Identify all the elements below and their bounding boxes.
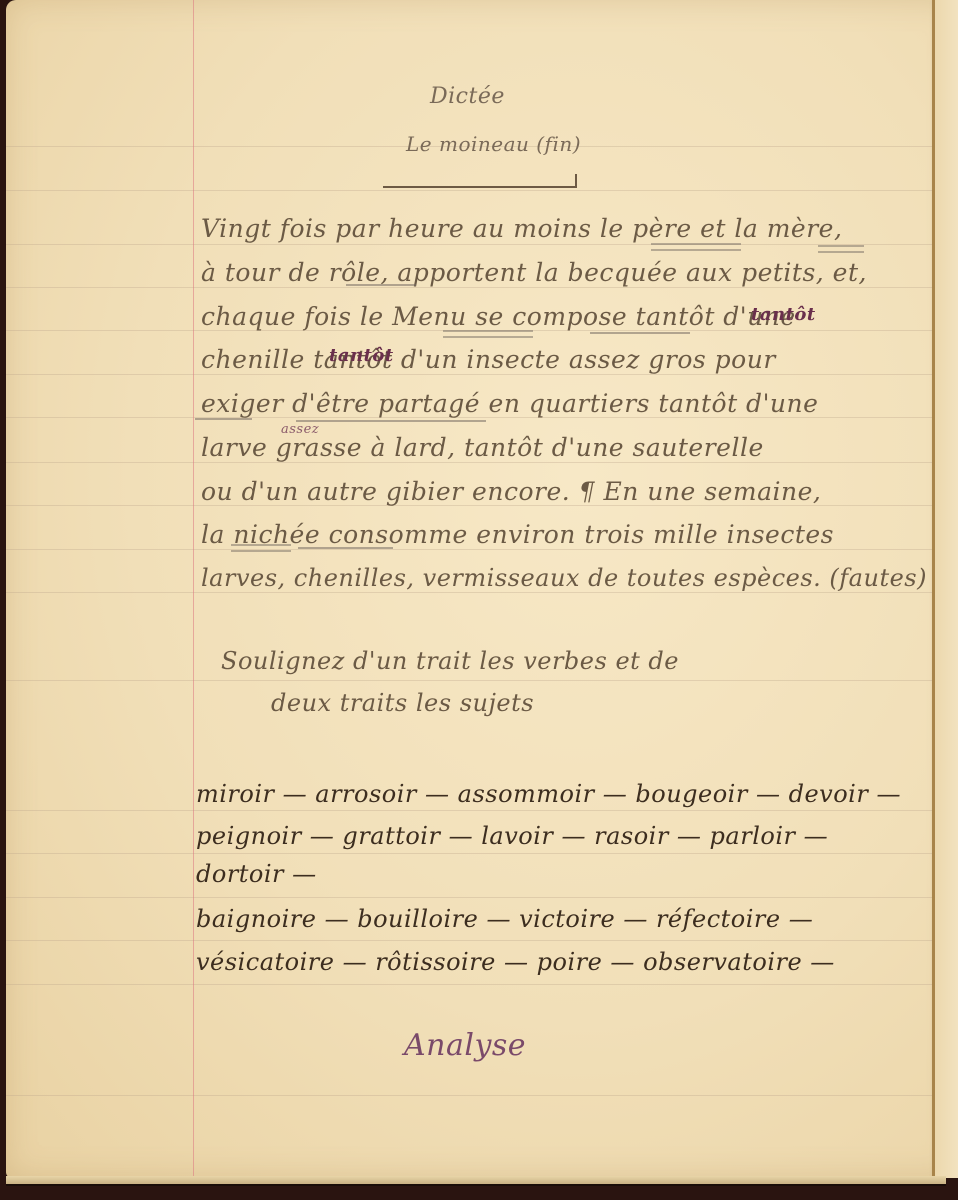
ruled-line [6, 810, 958, 811]
ruled-line [6, 462, 958, 463]
paragraph-line-3: chaque fois le Menu se compose tantôt d'… [201, 302, 796, 331]
paragraph-line-6: larve grasse à lard, tantôt d'une sauter… [201, 433, 764, 462]
double-underline-la-mere [818, 245, 864, 253]
facing-page-edge [935, 0, 958, 1178]
ruled-line [6, 244, 958, 245]
paragraph-line-9: larves, chenilles, vermisseaux de toutes… [201, 564, 927, 592]
paragraph-line-8: la nichée consomme environ trois mille i… [201, 520, 834, 549]
notebook-page: Dictée Le moineau (fin) Vingt fois par h… [6, 0, 958, 1178]
instruction-line-2: deux traits les sujets [271, 689, 534, 717]
correction-assez-superscript: assez [281, 422, 319, 437]
ruled-line [6, 940, 958, 941]
page-stack-edge [6, 1176, 946, 1186]
ruled-line [6, 190, 958, 191]
word-list-line-3: dortoir — [196, 860, 317, 888]
paragraph-line-4: chenille tantôt d'un insecte assez gros … [201, 345, 776, 374]
title-underline [383, 186, 577, 188]
ruled-line [6, 680, 958, 681]
underline-compose [590, 332, 690, 334]
analyse-heading: Analyse [404, 1028, 526, 1063]
word-list-line-2: peignoir — grattoir — lavoir — rasoir — … [196, 822, 828, 850]
underline-etre-partage [296, 420, 486, 422]
double-underline-le-pere [651, 243, 741, 251]
title-underline-tick [575, 174, 577, 188]
word-list-line-5: vésicatoire — rôtissoire — poire — obser… [196, 948, 835, 976]
underline-apportent [346, 284, 416, 286]
ruled-line [6, 1095, 958, 1096]
instruction-line-1: Soulignez d'un trait les verbes et de [221, 647, 679, 675]
underline-consomme [298, 547, 393, 549]
ruled-line [6, 287, 958, 288]
correction-tantot-1: tantôt [751, 304, 816, 325]
ruled-line [6, 853, 958, 854]
page-title: Dictée [430, 84, 505, 109]
word-list-line-4: baignoire — bouilloire — victoire — réfe… [196, 905, 813, 933]
double-underline-nichee [231, 544, 291, 552]
underline-exiger [195, 418, 252, 420]
paragraph-line-5: exiger d'être partagé en quartiers tantô… [201, 389, 818, 418]
double-underline-menu [443, 330, 533, 338]
margin-line [193, 0, 194, 1178]
ruled-line [6, 374, 958, 375]
ruled-line [6, 984, 958, 985]
word-list-line-1: miroir — arrosoir — assommoir — bougeoir… [196, 780, 901, 808]
paragraph-line-2: à tour de rôle, apportent la becquée aux… [201, 258, 867, 287]
ruled-line [6, 897, 958, 898]
ruled-line [6, 592, 958, 593]
ruled-line [6, 549, 958, 550]
paragraph-line-1: Vingt fois par heure au moins le père et… [201, 214, 842, 243]
paragraph-line-7: ou d'un autre gibier encore. ¶ En une se… [201, 477, 821, 506]
dictation-subtitle: Le moineau (fin) [406, 132, 581, 156]
correction-tantot-2: tantôt [329, 345, 394, 366]
